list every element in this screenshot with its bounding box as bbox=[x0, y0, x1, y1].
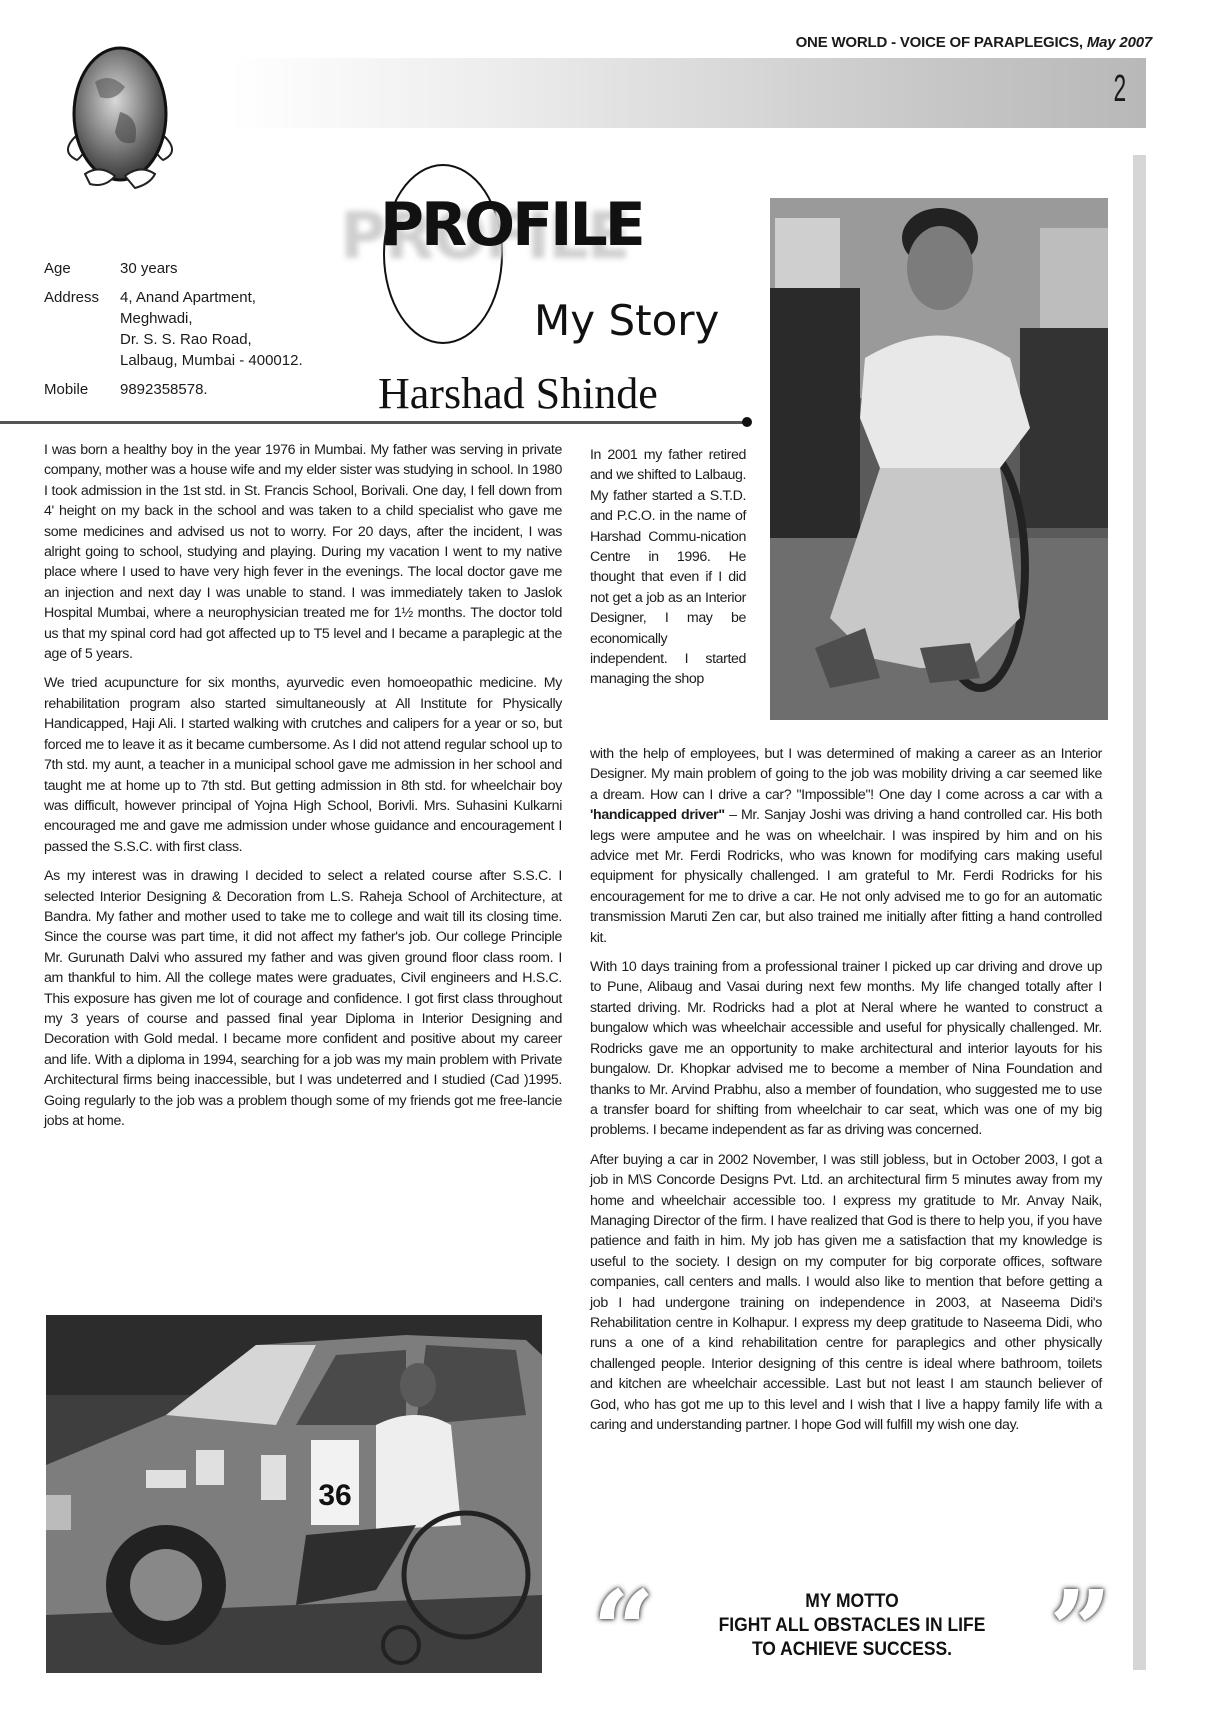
article-paragraph: I was born a healthy boy in the year 197… bbox=[44, 440, 562, 664]
page-number: 2 bbox=[1113, 68, 1126, 111]
article-paragraph: We tried acupuncture for six months, ayu… bbox=[44, 673, 562, 857]
mobile-label: Mobile bbox=[44, 379, 120, 400]
close-quote-icon: ” bbox=[1049, 1576, 1112, 1686]
header-divider bbox=[0, 421, 746, 424]
mobile-value: 9892358578. bbox=[120, 379, 208, 400]
person-name: Harshad Shinde bbox=[378, 368, 658, 419]
issue-date: May 2007 bbox=[1087, 34, 1152, 51]
emphasis-handicapped-driver: 'handicapped driver" bbox=[590, 807, 725, 823]
address-value: 4, Anand Apartment, Meghwadi, Dr. S. S. … bbox=[120, 287, 303, 371]
personal-info: Age 30 years Address 4, Anand Apartment,… bbox=[44, 258, 303, 408]
publication-name: ONE WORLD - VOICE OF PARAPLEGICS, bbox=[796, 34, 1083, 51]
globe-logo-icon bbox=[55, 42, 185, 192]
age-value: 30 years bbox=[120, 258, 178, 279]
motto-line-2: TO ACHIEVE SUCCESS. bbox=[686, 1638, 1017, 1662]
address-label: Address bbox=[44, 287, 120, 371]
info-row-mobile: Mobile 9892358578. bbox=[44, 379, 303, 400]
divider-dot bbox=[742, 417, 752, 427]
age-label: Age bbox=[44, 258, 120, 279]
article-paragraph: As my interest was in drawing I decided … bbox=[44, 866, 562, 1131]
motto-callout: “ MY MOTTO FIGHT ALL OBSTACLES IN LIFE T… bbox=[592, 1590, 1112, 1670]
open-quote-icon: “ bbox=[592, 1576, 655, 1686]
text-run: with the help of employees, but I was de… bbox=[590, 746, 1102, 803]
article-right-column: with the help of employees, but I was de… bbox=[590, 744, 1102, 1444]
car-number-sticker: 36 bbox=[318, 1479, 351, 1512]
section-subtitle: My Story bbox=[534, 296, 719, 345]
section-title: PROFILE bbox=[380, 190, 643, 260]
article-paragraph: In 2001 my father retired and we shifted… bbox=[590, 445, 746, 690]
text-run: – Mr. Sanjay Joshi was driving a hand co… bbox=[590, 807, 1102, 945]
article-paragraph: After buying a car in 2002 November, I w… bbox=[590, 1150, 1102, 1436]
info-row-address: Address 4, Anand Apartment, Meghwadi, Dr… bbox=[44, 287, 303, 371]
header-band: 2 bbox=[230, 58, 1146, 128]
motto-line-1: FIGHT ALL OBSTACLES IN LIFE bbox=[686, 1614, 1017, 1638]
article-paragraph: With 10 days training from a professiona… bbox=[590, 957, 1102, 1141]
article-left-column: I was born a healthy boy in the year 197… bbox=[44, 440, 562, 1140]
article-paragraph: with the help of employees, but I was de… bbox=[590, 744, 1102, 948]
portrait-photo-wheelchair bbox=[770, 198, 1108, 720]
info-row-age: Age 30 years bbox=[44, 258, 303, 279]
motto-text: MY MOTTO FIGHT ALL OBSTACLES IN LIFE TO … bbox=[686, 1590, 1017, 1662]
car-photo: 36 bbox=[46, 1315, 542, 1673]
right-margin-bar bbox=[1133, 155, 1146, 1670]
masthead: ONE WORLD - VOICE OF PARAPLEGICS, May 20… bbox=[772, 34, 1152, 51]
motto-heading: MY MOTTO bbox=[686, 1590, 1017, 1614]
article-narrow-column: In 2001 my father retired and we shifted… bbox=[590, 445, 746, 699]
